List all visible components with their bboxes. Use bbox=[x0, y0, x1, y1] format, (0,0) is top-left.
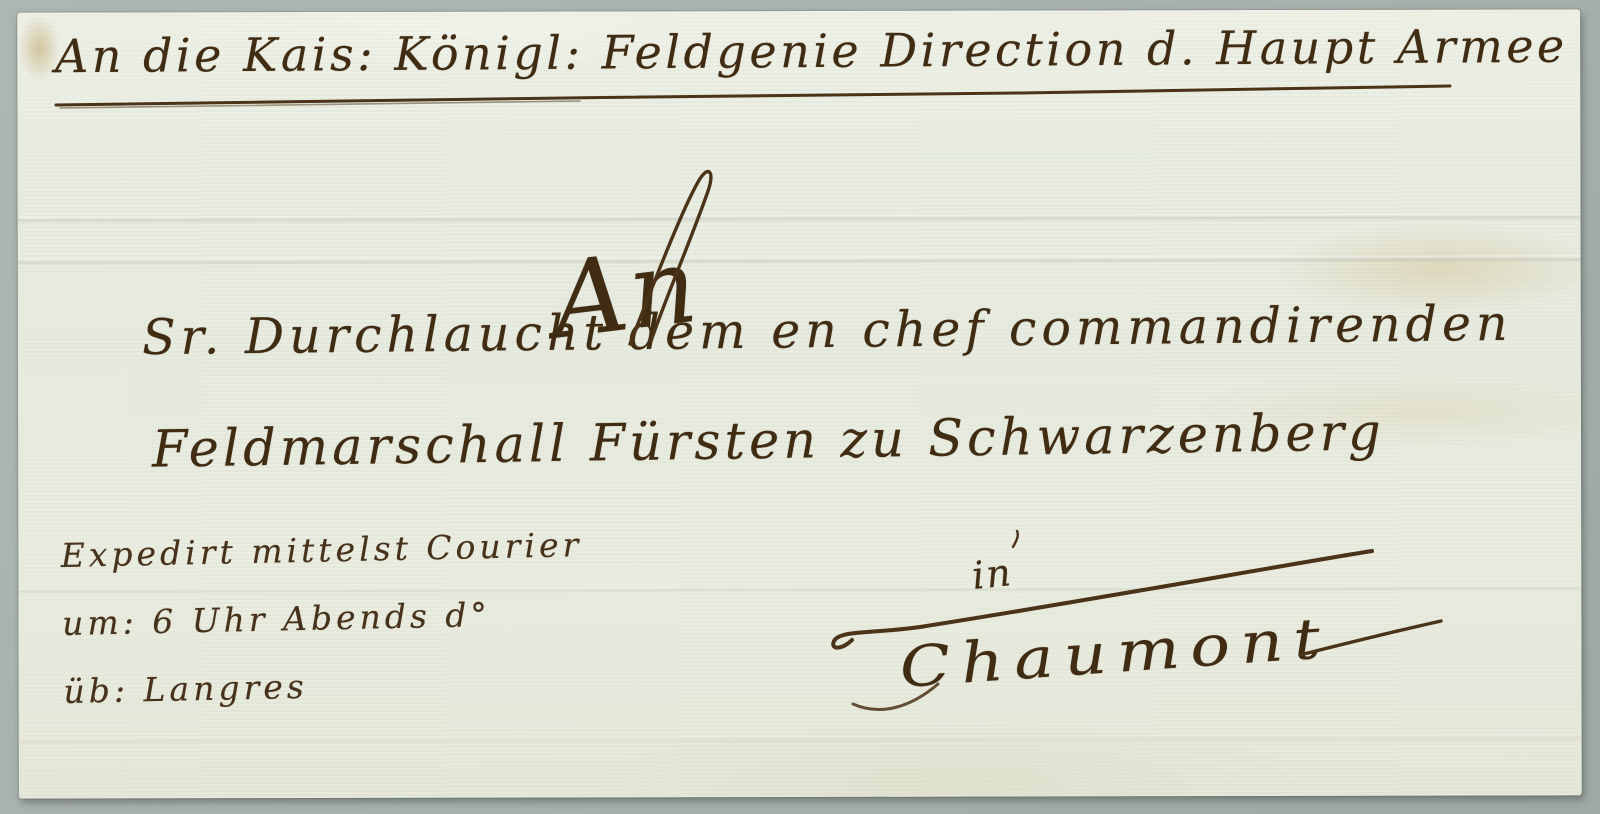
dispatch-note-line-1: Expedirt mittelst Courier bbox=[60, 511, 583, 590]
dispatch-note-line-2: um: 6 Uhr Abends d° bbox=[61, 579, 584, 658]
dispatch-note-block: Expedirt mittelst Courier um: 6 Uhr Aben… bbox=[60, 511, 586, 726]
fold-crease-line bbox=[18, 213, 1581, 223]
destination-preposition: in bbox=[970, 550, 1015, 598]
fold-crease-line bbox=[18, 255, 1581, 265]
addressee-header-line: An die Kais: Königl: Feldgenie Direction… bbox=[55, 19, 1568, 84]
fold-crease-line bbox=[19, 734, 1582, 744]
dispatch-note-line-3: üb: Langres bbox=[63, 647, 586, 726]
scanned-letter-background: An die Kais: Königl: Feldgenie Direction… bbox=[0, 0, 1600, 814]
